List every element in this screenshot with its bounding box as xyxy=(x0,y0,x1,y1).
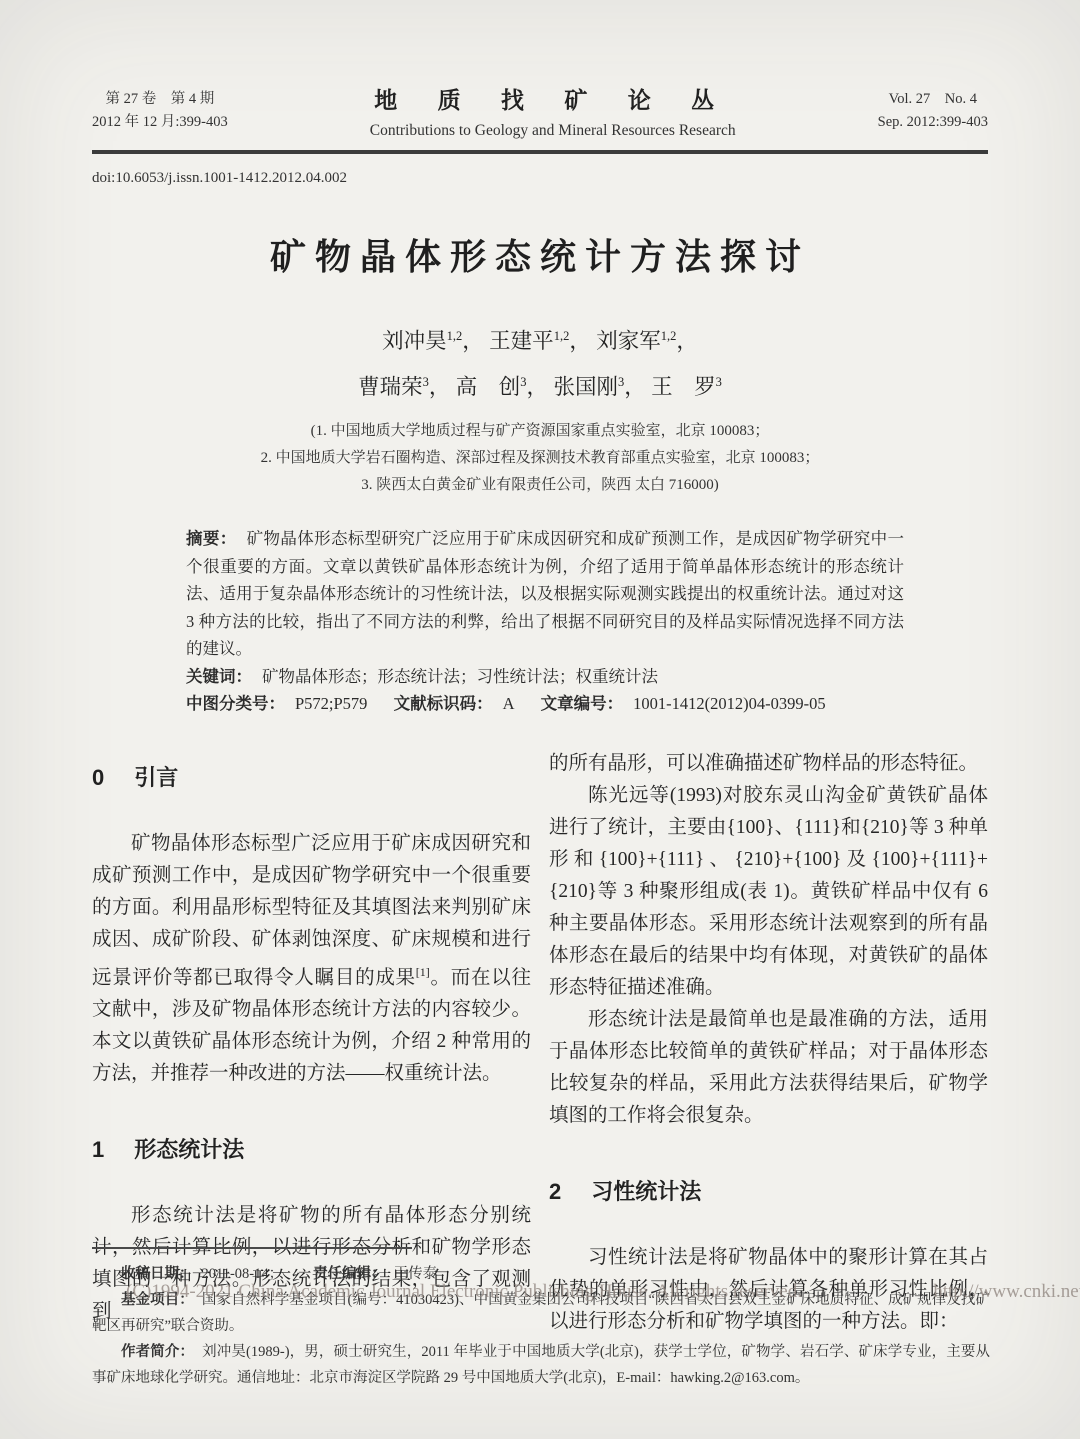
author-separator: ， xyxy=(527,375,549,399)
author-name: 张国刚3， xyxy=(553,375,645,399)
abstract-paragraph: 摘要：矿物晶体形态标型研究广泛应用于矿床成因研究和成矿预测工作，是成因矿物学研究… xyxy=(186,525,904,663)
doc-code-value: A xyxy=(503,694,515,713)
section-title: 形态统计法 xyxy=(134,1137,244,1162)
author-name: 刘冲昊1,2， xyxy=(382,329,484,353)
section-title: 引言 xyxy=(134,765,178,790)
section-number: 2 xyxy=(549,1179,561,1204)
section1-paragraph-2: 陈光远等(1993)对胶东灵山沟金矿黄铁矿晶体进行了统计，主要由{100}、{1… xyxy=(549,780,988,1004)
journal-masthead: 第 27 卷 第 4 期 2012 年 12 月:399-403 地 质 找 矿… xyxy=(92,82,988,140)
clc-value: P572;P579 xyxy=(295,694,367,713)
author-list: 刘冲昊1,2， 王建平1,2， 刘家军1,2， 曹瑞荣3， 高 创3， 张国刚3… xyxy=(0,316,1080,408)
clc-label: 中图分类号： xyxy=(186,694,285,713)
journal-name-english: Contributions to Geology and Mineral Res… xyxy=(370,122,736,140)
author-name: 王 罗3 xyxy=(651,375,722,399)
bio-value: 刘冲昊(1989-)，男，硕士研究生，2011 年毕业于中国地质大学(北京)，获… xyxy=(92,1344,990,1386)
author-name: 曹瑞荣3， xyxy=(358,375,450,399)
keywords-label: 关键词： xyxy=(186,667,252,686)
affiliation-list: (1. 中国地质大学地质过程与矿产资源国家重点实验室，北京 100083； 2.… xyxy=(0,418,1080,499)
author-line-1: 刘冲昊1,2， 王建平1,2， 刘家军1,2， xyxy=(0,316,1080,362)
article-id-value: 1001-1412(2012)04-0399-05 xyxy=(633,694,825,713)
author-separator: ， xyxy=(624,375,646,399)
volume-info: Vol. 27 No. 4 Sep. 2012:399-403 xyxy=(878,88,988,134)
classification-line: 中图分类号：P572;P579 文献标识码：A 文章编号：1001-1412(2… xyxy=(186,690,904,718)
issue-info: 第 27 卷 第 4 期 2012 年 12 月:399-403 xyxy=(92,88,228,134)
editor-label: 责任编辑： xyxy=(313,1266,386,1282)
fund-note: 基金项目：国家自然科学基金项目(编号：41030423)、中国黄金集团公司科技项… xyxy=(92,1287,990,1339)
section-heading-2: 2习性统计法 xyxy=(549,1178,988,1206)
bio-label: 作者简介： xyxy=(121,1344,194,1360)
affiliation-3: 3. 陕西太白黄金矿业有限责任公司，陕西 太白 716000) xyxy=(0,472,1080,499)
received-label: 收稿日期： xyxy=(121,1266,194,1282)
article-id-label: 文章编号： xyxy=(541,694,624,713)
footnote-block: 收稿日期：2011-08-14；责任编辑：王传泰 基金项目：国家自然科学基金项目… xyxy=(92,1247,990,1391)
journal-name-block: 地 质 找 矿 论 丛 Contributions to Geology and… xyxy=(370,82,736,140)
author-affil-sup: 1,2 xyxy=(554,329,570,343)
journal-name-chinese: 地 质 找 矿 论 丛 xyxy=(370,82,736,115)
footnote-rule xyxy=(92,1247,412,1249)
editor-value: 王传泰 xyxy=(394,1266,438,1282)
author-separator: ， xyxy=(569,329,591,353)
fund-label: 基金项目： xyxy=(121,1292,194,1308)
issue-date-line: 2012 年 12 月:399-403 xyxy=(92,111,228,134)
citation-ref: [1] xyxy=(416,965,430,979)
article-title: 矿物晶体形态统计方法探讨 xyxy=(0,229,1080,280)
author-separator: ， xyxy=(429,375,451,399)
section-heading-1: 1形态统计法 xyxy=(92,1136,531,1164)
abstract-block: 摘要：矿物晶体形态标型研究广泛应用于矿床成因研究和成矿预测工作，是成因矿物学研究… xyxy=(186,525,904,718)
abstract-label: 摘要： xyxy=(186,529,237,548)
abstract-text: 矿物晶体形态标型研究广泛应用于矿床成因研究和成矿预测工作，是成因矿物学研究中一个… xyxy=(186,529,904,658)
section-number: 1 xyxy=(92,1137,104,1162)
received-editor-line: 收稿日期：2011-08-14；责任编辑：王传泰 xyxy=(92,1261,990,1287)
journal-article-page: 第 27 卷 第 4 期 2012 年 12 月:399-403 地 质 找 矿… xyxy=(0,0,1080,1439)
fund-value: 国家自然科学基金项目(编号：41030423)、中国黄金集团公司科技项目“陕西省… xyxy=(92,1292,990,1334)
author-name: 刘家军1,2， xyxy=(596,329,698,353)
keywords-text: 矿物晶体形态；形态统计法；习性统计法；权重统计法 xyxy=(262,667,658,686)
section-number: 0 xyxy=(92,765,104,790)
issue-volume-line: 第 27 卷 第 4 期 xyxy=(92,88,228,111)
intro-paragraph: 矿物晶体形态标型广泛应用于矿床成因研究和成矿预测工作中，是成因矿物学研究中一个很… xyxy=(92,828,531,1091)
volume-number-line: Vol. 27 No. 4 xyxy=(878,88,988,111)
author-bio-note: 作者简介：刘冲昊(1989-)，男，硕士研究生，2011 年毕业于中国地质大学(… xyxy=(92,1339,990,1391)
section-heading-0: 0引言 xyxy=(92,764,531,792)
author-affil-sup: 1,2 xyxy=(661,329,677,343)
received-value: 2011-08-14； xyxy=(202,1266,284,1282)
volume-date-line: Sep. 2012:399-403 xyxy=(878,111,988,134)
doi-line: doi:10.6053/j.issn.1001-1412.2012.04.002 xyxy=(92,170,988,187)
masthead-rule xyxy=(92,150,988,154)
author-affil-sup: 1,2 xyxy=(447,329,463,343)
section1-paragraph-1-continued: 的所有晶形，可以准确描述矿物样品的形态特征。 xyxy=(549,748,988,780)
doc-code-label: 文献标识码： xyxy=(394,694,493,713)
affiliation-2: 2. 中国地质大学岩石圈构造、深部过程及探测技术教育部重点实验室，北京 1000… xyxy=(0,445,1080,472)
affiliation-1: (1. 中国地质大学地质过程与矿产资源国家重点实验室，北京 100083； xyxy=(0,418,1080,445)
author-line-2: 曹瑞荣3， 高 创3， 张国刚3， 王 罗3 xyxy=(0,362,1080,408)
section-title: 习性统计法 xyxy=(591,1179,701,1204)
author-name: 高 创3， xyxy=(456,375,548,399)
keywords-line: 关键词：矿物晶体形态；形态统计法；习性统计法；权重统计法 xyxy=(186,663,904,691)
author-separator: ， xyxy=(676,329,698,353)
author-name: 王建平1,2， xyxy=(489,329,591,353)
section1-paragraph-3: 形态统计法是最简单也是最准确的方法，适用于晶体形态比较简单的黄铁矿样品；对于晶体… xyxy=(549,1004,988,1132)
author-separator: ， xyxy=(462,329,484,353)
author-affil-sup: 3 xyxy=(716,375,722,389)
